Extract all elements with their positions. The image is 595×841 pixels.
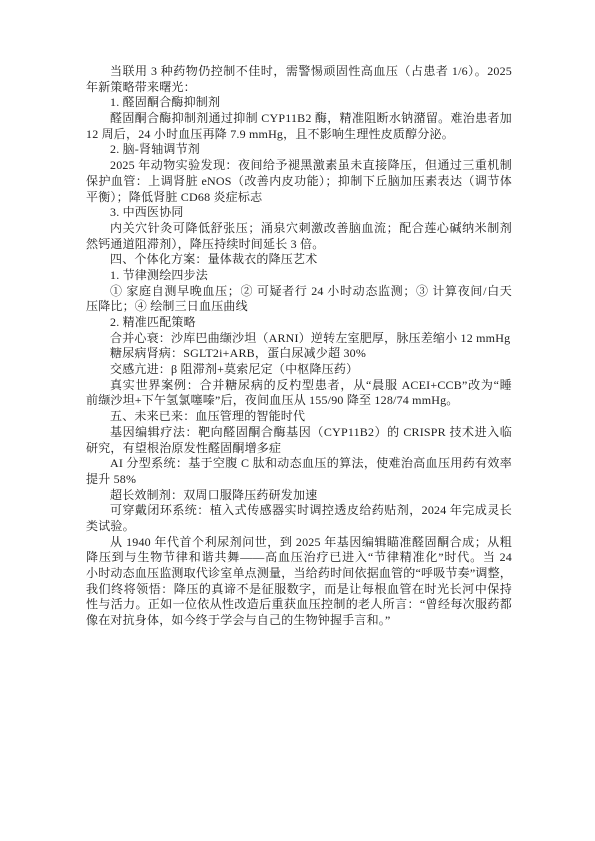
text-line: AI 分型系统：基于空腹 C 肽和动态血压的算法，使难治高血压用药有效率 bbox=[86, 456, 512, 472]
text-line: 2. 精准匹配策略 bbox=[86, 315, 512, 331]
text-line: 类试验。 bbox=[86, 519, 512, 535]
text-line: 交感亢进：β 阻滞剂+莫索尼定（中枢降压药） bbox=[86, 362, 512, 378]
text-line: 醛固酮合酶抑制剂通过抑制 CYP11B2 酶，精准阻断水钠潴留。难治患者加用 bbox=[86, 111, 512, 127]
text-line: 提升 58% bbox=[86, 472, 512, 488]
text-line: 降压到与生物节律和谐共舞——高血压治疗已进入“节律精准化”时代。当 24 bbox=[86, 550, 512, 566]
text-line: 我们终将领悟：降压的真谛不是征服数字，而是让每根血管在时光长河中保持弹 bbox=[86, 582, 512, 598]
text-line: 像在对抗身体，如今终于学会与自己的生物钟握手言和。” bbox=[86, 613, 512, 629]
text-line: 糖尿病肾病：SGLT2i+ARB，蛋白尿减少超 30% bbox=[86, 346, 512, 362]
text-line: 真实世界案例：合并糖尿病的反杓型患者，从“晨服 ACEI+CCB”改为“睡 bbox=[86, 378, 512, 394]
text-line: 前缬沙坦+下午氢氯噻嗪”后，夜间血压从 155/90 降至 128/74 mmH… bbox=[86, 393, 512, 409]
text-line: 3. 中西医协同 bbox=[86, 205, 512, 221]
document-text: 当联用 3 种药物仍控制不佳时，需警惕顽固性高血压（占患者 1/6）。2025年… bbox=[86, 64, 512, 629]
text-line: ① 家庭自测早晚血压；② 可疑者行 24 小时动态监测；③ 计算夜间/白天 bbox=[86, 284, 512, 300]
text-line: 合并心衰：沙库巴曲缬沙坦（ARNI）逆转左室肥厚，脉压差缩小 12 mmHg bbox=[86, 331, 512, 347]
text-line: 然钙通道阻滞剂），降压持续时间延长 3 倍。 bbox=[86, 237, 512, 253]
document-page: 当联用 3 种药物仍控制不佳时，需警惕顽固性高血压（占患者 1/6）。2025年… bbox=[0, 0, 595, 841]
text-line: 12 周后，24 小时血压再降 7.9 mmHg，且不影响生理性皮质醇分泌。 bbox=[86, 127, 512, 143]
text-line: 可穿戴闭环系统：植入式传感器实时调控透皮给药贴剂，2024 年完成灵长 bbox=[86, 503, 512, 519]
text-line: 超长效制剂：双周口服降压药研发加速 bbox=[86, 488, 512, 504]
text-line: 五、未来已来：血压管理的智能时代 bbox=[86, 409, 512, 425]
text-line: 1. 醛固酮合酶抑制剂 bbox=[86, 95, 512, 111]
text-line: 基因编辑疗法：靶向醛固酮合酶基因（CYP11B2）的 CRISPR 技术进入临床… bbox=[86, 425, 512, 441]
text-line: 当联用 3 种药物仍控制不佳时，需警惕顽固性高血压（占患者 1/6）。2025 bbox=[86, 64, 512, 80]
text-line: 小时动态血压监测取代诊室单点测量，当给药时间依据血管的“呼吸节奏”调整， bbox=[86, 566, 512, 582]
text-line: 内关穴针灸可降低舒张压；涌泉穴刺激改善脑血流；配合莲心碱纳米制剂（天 bbox=[86, 221, 512, 237]
text-line: 1. 节律测绘四步法 bbox=[86, 268, 512, 284]
text-line: 研究，有望根治原发性醛固酮增多症 bbox=[86, 441, 512, 457]
text-line: 保护血管：上调肾脏 eNOS（改善内皮功能）；抑制下丘脑加压素表达（调节体液 bbox=[86, 174, 512, 190]
text-line: 压降比；④ 绘制三日血压曲线 bbox=[86, 299, 512, 315]
text-line: 2. 脑-肾轴调节剂 bbox=[86, 142, 512, 158]
text-line: 四、个体化方案：量体裁衣的降压艺术 bbox=[86, 252, 512, 268]
text-line: 2025 年动物实验发现：夜间给予褪黑激素虽未直接降压，但通过三重机制 bbox=[86, 158, 512, 174]
text-line: 性与活力。正如一位依从性改造后重获血压控制的老人所言：“曾经每次服药都 bbox=[86, 597, 512, 613]
text-line: 从 1940 年代首个利尿剂问世，到 2025 年基因编辑瞄准醛固酮合成；从粗暴 bbox=[86, 535, 512, 551]
text-line: 平衡）；降低肾脏 CD68 炎症标志 bbox=[86, 190, 512, 206]
text-line: 年新策略带来曙光： bbox=[86, 80, 512, 96]
